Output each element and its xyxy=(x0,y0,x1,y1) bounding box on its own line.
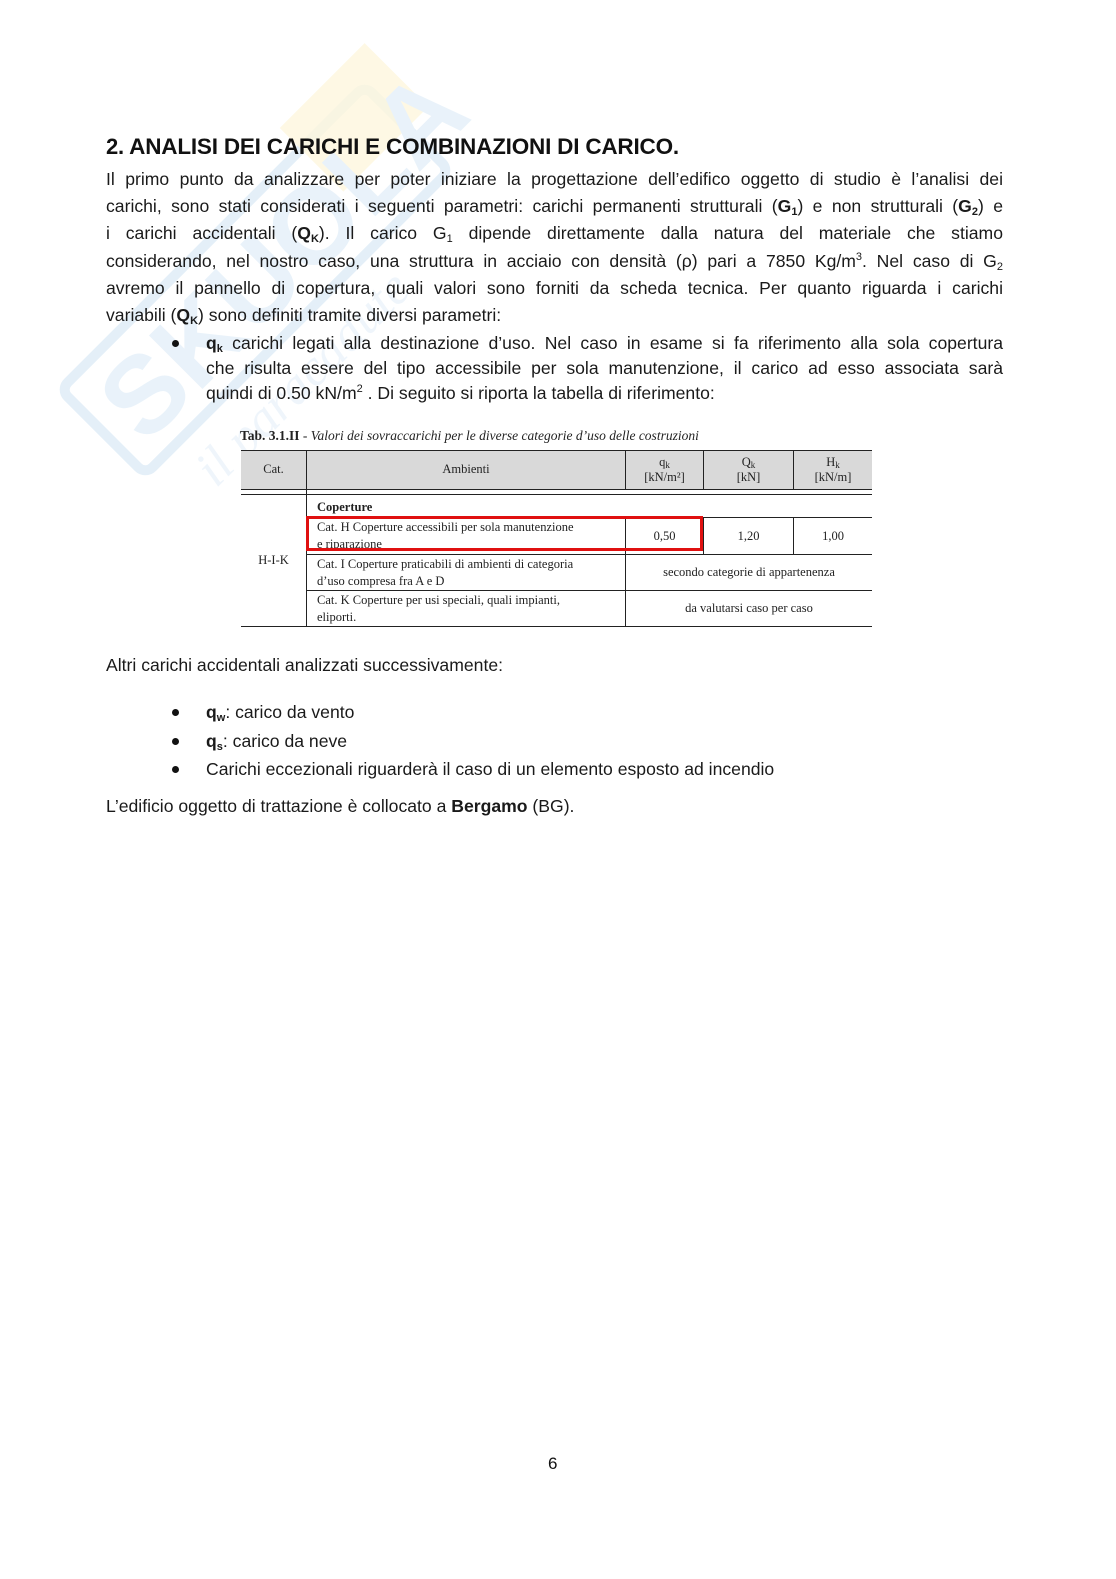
bullet-icon xyxy=(172,738,179,745)
list-item: qw: carico da vento xyxy=(172,698,1003,727)
qk-bullet-list: qk carichi legati alla destinazione d’us… xyxy=(172,331,1003,406)
header-qk: qk [kN/m²] xyxy=(626,450,703,489)
list-item: qk carichi legati alla destinazione d’us… xyxy=(172,331,1003,406)
other-loads-list: qw: carico da vento qs: carico da neve C… xyxy=(172,698,1003,784)
table-rule xyxy=(703,450,704,489)
intro-line-3: i carichi accidentali (QK). Il carico G1… xyxy=(106,220,1003,247)
bullet-icon xyxy=(172,766,179,773)
section-number: 2. xyxy=(106,134,124,159)
cell-merged-value: da valutarsi caso per caso xyxy=(626,591,872,626)
category-cell: H-I-K xyxy=(241,494,306,626)
cell-Hk: 1,00 xyxy=(794,518,872,554)
table-caption: Tab. 3.1.II - Valori dei sovraccarichi p… xyxy=(240,428,699,444)
table-row: Cat. K Coperture per usi speciali, quali… xyxy=(317,592,560,626)
table-rule xyxy=(793,450,794,489)
header-cat: Cat. xyxy=(241,450,306,489)
intro-line-4: considerando, nel nostro caso, una strut… xyxy=(106,248,1003,275)
header-ambienti: Ambienti xyxy=(307,450,625,489)
group-label: Coperture xyxy=(317,499,372,516)
intro-line-2: carichi, sono stati considerati i seguen… xyxy=(106,193,1003,220)
document-page: SKUOLA il paracadute 2. ANALISI DEI CARI… xyxy=(0,0,1116,1579)
location-paragraph: L’edificio oggetto di trattazione è coll… xyxy=(106,796,574,817)
intro-line-1: Il primo punto da analizzare per poter i… xyxy=(106,166,1003,193)
intro-line-5: avremo il pannello di copertura, quali v… xyxy=(106,275,1003,302)
list-item: qs: carico da neve xyxy=(172,727,1003,756)
cell-merged-value: secondo categorie di appartenenza xyxy=(626,555,872,590)
cell-Qk: 1,20 xyxy=(704,518,793,554)
table-rule xyxy=(241,489,872,490)
intro-line-6: variabili (QK) sono definiti tramite div… xyxy=(106,302,1003,329)
header-Hk: Hk [kN/m] xyxy=(794,450,872,489)
section-heading: 2. ANALISI DEI CARICHI E COMBINAZIONI DI… xyxy=(106,134,679,160)
bullet-icon xyxy=(172,340,179,347)
header-Qk: Qk [kN] xyxy=(704,450,793,489)
table-rule xyxy=(241,626,872,627)
intro-paragraph: Il primo punto da analizzare per poter i… xyxy=(106,166,1003,329)
table-rule xyxy=(241,494,872,495)
table-rule xyxy=(625,450,626,489)
bullet-icon xyxy=(172,709,179,716)
page-number: 6 xyxy=(548,1454,557,1474)
other-loads-intro: Altri carichi accidentali analizzati suc… xyxy=(106,655,503,676)
list-item: Carichi eccezionali riguarderà il caso d… xyxy=(172,755,1003,784)
section-title: ANALISI DEI CARICHI E COMBINAZIONI DI CA… xyxy=(129,134,679,159)
highlight-box xyxy=(306,516,703,551)
table-row: Cat. I Coperture praticabili di ambienti… xyxy=(317,556,573,590)
